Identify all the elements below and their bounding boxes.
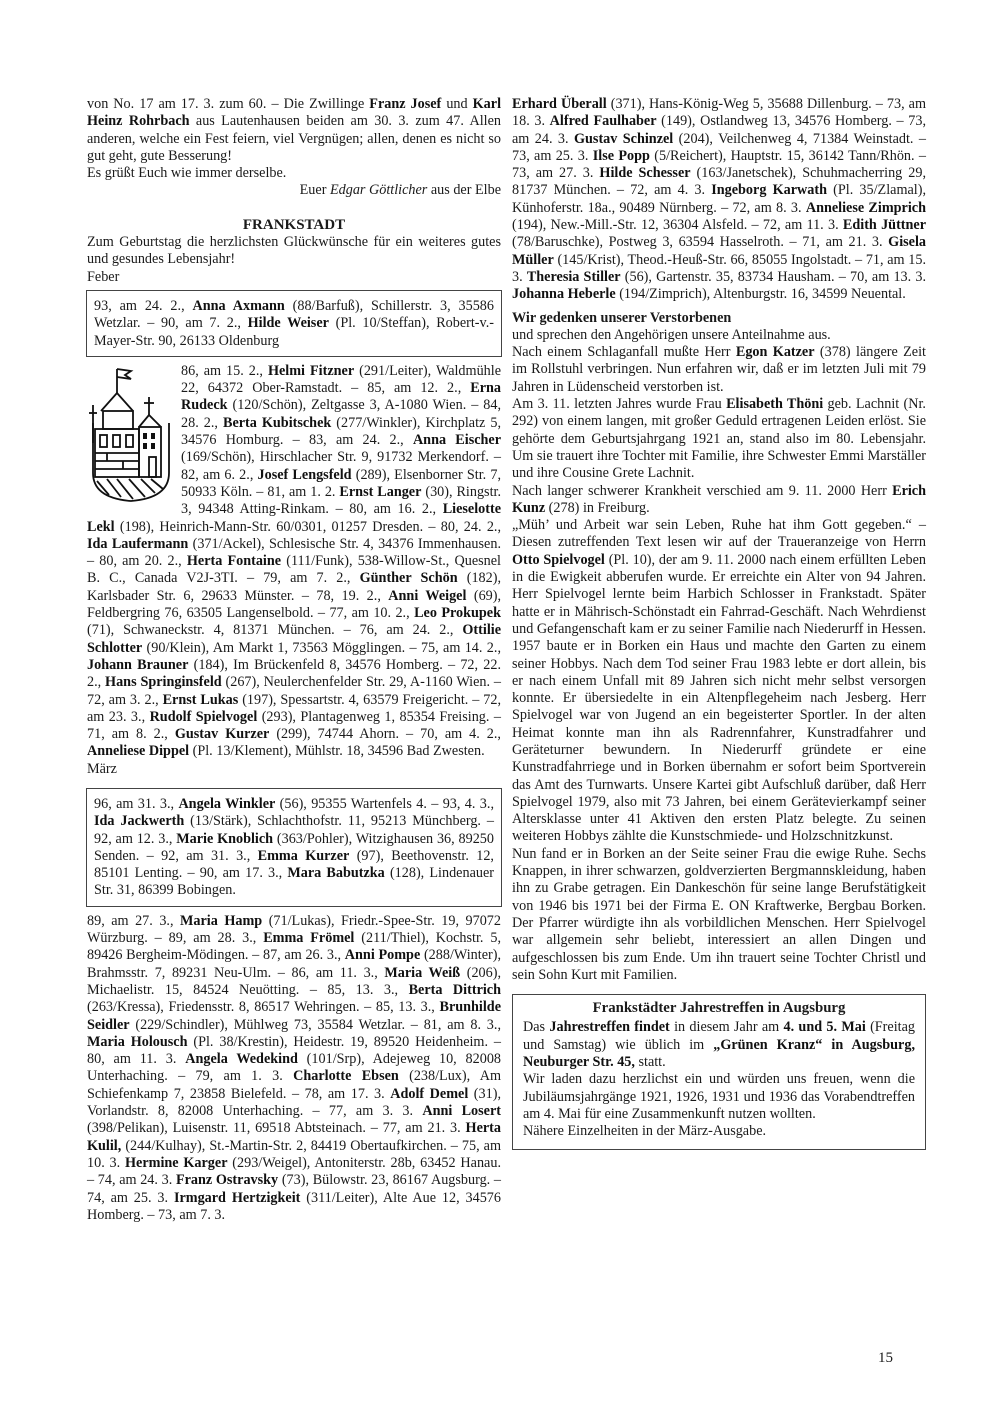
- month-label-mar: März: [87, 761, 501, 778]
- obituary-spielvogel: „Müh’ und Arbeit war sein Leben, Ruhe ha…: [512, 517, 926, 846]
- obituary-title: Wir gedenken unserer Verstorbenen: [512, 310, 926, 327]
- mar-highlight-box: 96, am 31. 3., Angela Winkler (56), 9535…: [86, 788, 502, 907]
- obituary-kunz: Nach langer schwerer Krankheit verschied…: [512, 483, 926, 518]
- right-column: Erhard Überall (371), Hans-König-Weg 5, …: [512, 96, 926, 1150]
- annual-meeting-details: Das Jahrestreffen findet in diesem Jahr …: [523, 1019, 915, 1071]
- entry: 96, am 31. 3., Angela Winkler (56), 9535…: [94, 796, 443, 812]
- annual-meeting-box: Frankstädter Jahrestreffen in Augsburg D…: [512, 994, 926, 1149]
- month-label-feb: Feber: [87, 269, 501, 286]
- page-number: 15: [878, 1350, 893, 1367]
- section-title: FRANKSTADT: [87, 217, 501, 234]
- greeting: Zum Geburtstag die herzlichsten Glückwün…: [87, 234, 501, 269]
- feb-highlight-box: 93, am 24. 2., Anna Axmann (88/Barfuß), …: [86, 290, 502, 357]
- left-column: von No. 17 am 17. 3. zum 60. – Die Zwill…: [87, 96, 501, 1224]
- feb-entries: 86, am 15. 2., Helmi Fitzner (291/Leiter…: [87, 363, 501, 761]
- intro-paragraph: von No. 17 am 17. 3. zum 60. – Die Zwill…: [87, 96, 501, 165]
- signature: Euer Edgar Göttlicher aus der Elbe: [87, 182, 501, 199]
- obituary-thoeni: Am 3. 11. letzten Jahres wurde Frau Elis…: [512, 396, 926, 482]
- entry: 71, am 8. 2., Gustav Kurzer (299), 74744…: [87, 726, 420, 742]
- annual-meeting-invitation: Wir laden dazu herzlichst ein und würden…: [523, 1071, 915, 1123]
- mar-entries: 89, am 27. 3., Maria Hamp (71/Lukas), Fr…: [87, 913, 501, 1224]
- annual-meeting-note: Nähere Einzelheiten in der März-Ausgabe.: [523, 1123, 915, 1140]
- obituary-spielvogel-burial: Nun fand er in Borken an der Seite seine…: [512, 846, 926, 984]
- obituary-intro: und sprechen den Angehörigen unsere Ante…: [512, 327, 926, 344]
- intro-closing: Es grüßt Euch wie immer derselbe.: [87, 165, 501, 182]
- entry: 72, am 3. 2., Ernst Lukas (197), Spessar…: [87, 692, 483, 708]
- mar-entries-continued: Erhard Überall (371), Hans-König-Weg 5, …: [512, 96, 926, 304]
- entry: 74, am 25. 3. Irmgard Hertzigkeit (311/L…: [87, 1190, 501, 1223]
- entry: 74, am 24. 3. Franz Ostravsky (73), Bülo…: [98, 1172, 501, 1188]
- town-crest-icon: [87, 363, 175, 503]
- entry: 73, am 25. 3. Ilse Popp (5/Reichert), Ha…: [512, 148, 926, 164]
- annual-meeting-title: Frankstädter Jahrestreffen in Augsburg: [523, 1000, 915, 1017]
- entry: Erhard Überall (371), Hans-König-Weg 5, …: [512, 96, 887, 112]
- obituary-katzer: Nach einem Schlaganfall mußte Herr Egon …: [512, 344, 926, 396]
